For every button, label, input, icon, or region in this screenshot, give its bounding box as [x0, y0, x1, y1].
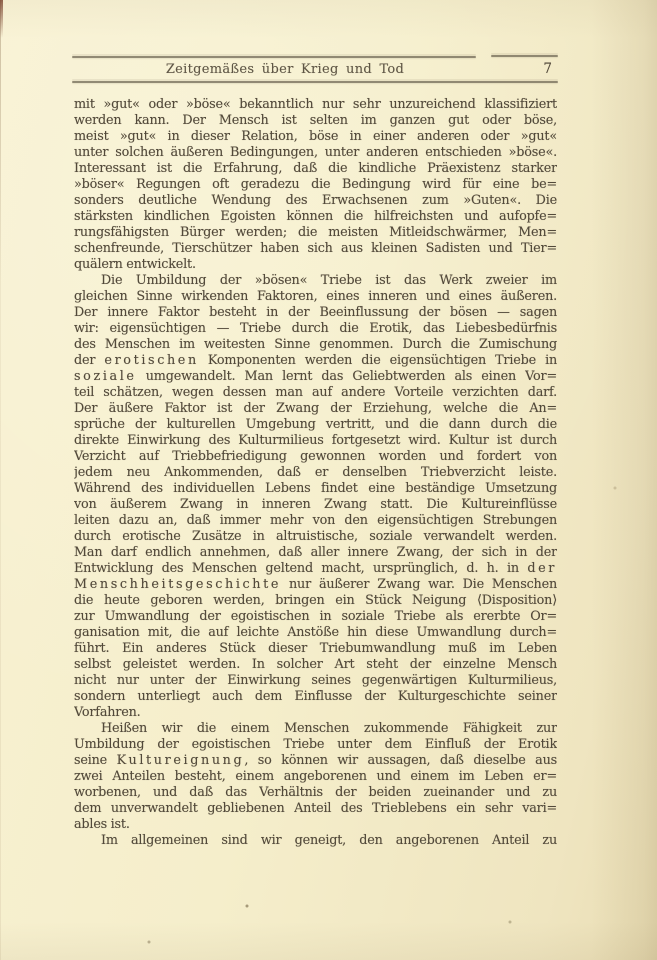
text-line: Interessant ist die Erfahrung, daß die k…	[74, 161, 557, 177]
text-line: Menschheitsgeschichte nur äußerer Zwang …	[74, 577, 557, 593]
text-line: seine Kultureignung, so können wir aussa…	[74, 753, 557, 769]
text-line: ables ist.	[74, 817, 557, 833]
text-line: quälern entwickelt.	[74, 257, 557, 273]
letterspaced-emphasis: Menschheitsgeschichte	[74, 577, 281, 592]
text-segment: Interessant ist die Erfahrung, daß die k…	[74, 161, 557, 176]
text-line: Entwicklung des Menschen geltend macht, …	[74, 561, 557, 577]
letterspaced-emphasis: soziale	[74, 369, 137, 384]
text-segment: worbenen, und daß das Verhältnis der bei…	[74, 785, 557, 800]
text-line: Im allgemeinen sind wir geneigt, den ang…	[74, 833, 557, 849]
text-segment: stärksten kindlichen Egoisten können die…	[74, 209, 557, 224]
text-segment: nur äußerer Zwang war. Die Menschen	[281, 577, 557, 592]
text-line: sonders deutliche Wendung des Erwachsene…	[74, 193, 557, 209]
text-segment: nicht nur unter der Einwirkung seines ge…	[74, 673, 557, 688]
text-line: Verzicht auf Triebbefriedigung gewonnen …	[74, 449, 557, 465]
text-segment: Umbildung der egoistischen Triebe unter …	[74, 737, 557, 752]
text-line: von äußerem Zwang in inneren Zwang statt…	[74, 497, 557, 513]
text-segment: mit »gut« oder »böse« bekanntlich nur se…	[74, 97, 557, 112]
text-segment: jedem neu Ankommenden, daß er denselben …	[74, 465, 557, 480]
text-line: sprüche der kulturellen Umgebung vertrit…	[74, 417, 557, 433]
text-segment: Heißen wir die einem Menschen zukommende…	[101, 721, 557, 736]
scanned-book-page: Zeitgemäßes über Krieg und Tod 7 mit »gu…	[0, 0, 657, 960]
text-line: Vorfahren.	[74, 705, 557, 721]
text-segment: unter solchen äußeren Bedingungen, unter…	[74, 145, 557, 160]
text-segment: sprüche der kulturellen Umgebung vertrit…	[74, 417, 557, 432]
text-segment: zur Umwandlung der egoistischen in sozia…	[74, 609, 557, 624]
text-segment: Während des individuellen Lebens findet …	[74, 481, 557, 496]
text-line: sondern unterliegt auch dem Einflusse de…	[74, 689, 557, 705]
text-segment: direkte Einwirkung des Kulturmilieus for…	[74, 433, 557, 448]
text-segment: seine	[74, 753, 117, 768]
text-line: teil schätzen, wegen dessen man auf ande…	[74, 385, 557, 401]
text-line: wir: eigensüchtigen — Triebe durch die E…	[74, 321, 557, 337]
text-segment: leiten dazu an, daß immer mehr von den e…	[74, 513, 557, 528]
text-line: Umbildung der egoistischen Triebe unter …	[74, 737, 557, 753]
text-segment: zwei Anteilen besteht, einem angeborenen…	[74, 769, 557, 784]
text-line: der erotischen Komponenten werden die ei…	[74, 353, 557, 369]
text-line: worbenen, und daß das Verhältnis der bei…	[74, 785, 557, 801]
text-segment: , so können wir aussagen, daß dieselbe a…	[244, 753, 557, 768]
body-text-column: mit »gut« oder »böse« bekanntlich nur se…	[74, 97, 557, 849]
text-line: gleichen Sinne wirkenden Faktoren, eines…	[74, 289, 557, 305]
text-line: rungsfähigsten Bürger werden; die meiste…	[74, 225, 557, 241]
text-segment: die heute geboren werden, bringen ein St…	[74, 593, 557, 608]
text-line: Man darf endlich annehmen, daß aller inn…	[74, 545, 557, 561]
text-segment: Im allgemeinen sind wir geneigt, den ang…	[101, 833, 557, 848]
text-segment: teil schätzen, wegen dessen man auf ande…	[74, 385, 557, 400]
text-line: unter solchen äußeren Bedingungen, unter…	[74, 145, 557, 161]
text-segment: selbst geleistet werden. In solcher Art …	[74, 657, 557, 672]
text-segment: ganisation mit, die auf leichte Anstöße …	[74, 625, 557, 640]
text-line: soziale umgewandelt. Man lernt das Gelie…	[74, 369, 557, 385]
text-segment: Der innere Faktor besteht in der Beeinfl…	[74, 305, 557, 320]
text-line: führt. Ein anderes Stück dieser Triebumw…	[74, 641, 557, 657]
text-segment: ables ist.	[74, 817, 130, 832]
text-segment: des Menschen im weitesten Sinne genommen…	[74, 337, 557, 352]
text-line: stärksten kindlichen Egoisten können die…	[74, 209, 557, 225]
text-line: Der innere Faktor besteht in der Beeinfl…	[74, 305, 557, 321]
text-segment: Man darf endlich annehmen, daß aller inn…	[74, 545, 557, 560]
text-line: die heute geboren werden, bringen ein St…	[74, 593, 557, 609]
header-rule-top-right-segment	[491, 55, 558, 57]
text-line: zwei Anteilen besteht, einem angeborenen…	[74, 769, 557, 785]
text-line: des Menschen im weitesten Sinne genommen…	[74, 337, 557, 353]
text-line: schenfreunde, Tierschützer haben sich au…	[74, 241, 557, 257]
text-line: ganisation mit, die auf leichte Anstöße …	[74, 625, 557, 641]
text-line: meist »gut« in dieser Relation, böse in …	[74, 129, 557, 145]
text-line: werden kann. Der Mensch ist selten im ga…	[74, 113, 557, 129]
text-segment: umgewandelt. Man lernt das Geliebtwerden…	[137, 369, 557, 384]
text-line: durch erotische Zusätze in altruistische…	[74, 529, 557, 545]
text-segment: Die Umbildung der »bösen« Triebe ist das…	[101, 273, 557, 288]
text-line: leiten dazu an, daß immer mehr von den e…	[74, 513, 557, 529]
text-line: zur Umwandlung der egoistischen in sozia…	[74, 609, 557, 625]
text-segment: sonders deutliche Wendung des Erwachsene…	[74, 193, 557, 208]
text-line: selbst geleistet werden. In solcher Art …	[74, 657, 557, 673]
page-number: 7	[543, 61, 552, 78]
text-line: Die Umbildung der »bösen« Triebe ist das…	[74, 273, 557, 289]
text-segment: quälern entwickelt.	[74, 257, 196, 272]
text-line: nicht nur unter der Einwirkung seines ge…	[74, 673, 557, 689]
text-segment: Vorfahren.	[74, 705, 141, 720]
letterspaced-emphasis: erotischen	[104, 353, 198, 368]
text-line: dem unverwandelt gebliebenen Anteil des …	[74, 801, 557, 817]
text-line: jedem neu Ankommenden, daß er denselben …	[74, 465, 557, 481]
paper-specks	[0, 0, 2, 2]
text-segment: werden kann. Der Mensch ist selten im ga…	[74, 113, 557, 128]
text-segment: gleichen Sinne wirkenden Faktoren, eines…	[74, 289, 557, 304]
text-segment: Komponenten werden die eigensüchtigen Tr…	[199, 353, 557, 368]
text-segment: »böser« Regungen oft geradezu die Beding…	[74, 177, 557, 192]
text-segment: Der äußere Faktor ist der Zwang der Erzi…	[74, 401, 557, 416]
text-segment: führt. Ein anderes Stück dieser Triebumw…	[74, 641, 557, 656]
text-segment: Verzicht auf Triebbefriedigung gewonnen …	[74, 449, 557, 464]
text-segment: sondern unterliegt auch dem Einflusse de…	[74, 689, 557, 704]
text-segment: von äußerem Zwang in inneren Zwang statt…	[74, 497, 557, 512]
text-segment: Entwicklung des Menschen geltend macht, …	[74, 561, 527, 576]
text-line: Der äußere Faktor ist der Zwang der Erzi…	[74, 401, 557, 417]
text-segment: dem unverwandelt gebliebenen Anteil des …	[74, 801, 557, 816]
text-line: »böser« Regungen oft geradezu die Beding…	[74, 177, 557, 193]
letterspaced-emphasis: der	[527, 561, 557, 576]
text-segment: schenfreunde, Tierschützer haben sich au…	[74, 241, 557, 256]
text-line: direkte Einwirkung des Kulturmilieus for…	[74, 433, 557, 449]
running-header-title: Zeitgemäßes über Krieg und Tod	[72, 61, 558, 78]
header-rule-top-left-segment	[72, 56, 476, 58]
letterspaced-emphasis: Kultureignung	[117, 753, 245, 768]
text-segment: meist »gut« in dieser Relation, böse in …	[74, 129, 557, 144]
text-segment: rungsfähigsten Bürger werden; die meiste…	[74, 225, 557, 240]
text-line: mit »gut« oder »böse« bekanntlich nur se…	[74, 97, 557, 113]
text-line: Heißen wir die einem Menschen zukommende…	[74, 721, 557, 737]
text-segment: der	[74, 353, 104, 368]
header-rule-bottom	[72, 81, 558, 83]
header-row: Zeitgemäßes über Krieg und Tod 7	[72, 61, 558, 78]
scan-left-edge-shadow	[0, 0, 1, 960]
text-line: Während des individuellen Lebens findet …	[74, 481, 557, 497]
text-segment: durch erotische Zusätze in altruistische…	[74, 529, 557, 544]
scan-edge-artifact	[0, 0, 3, 38]
text-segment: wir: eigensüchtigen — Triebe durch die E…	[74, 321, 557, 336]
